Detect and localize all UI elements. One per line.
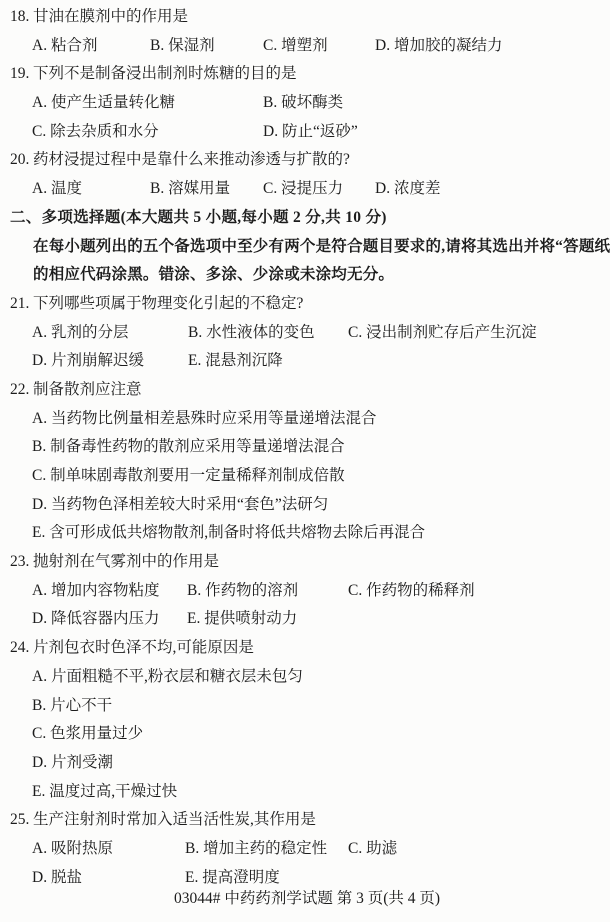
option-row: D. 当药物色泽相差较大时采用“套色”法研匀 <box>10 491 604 520</box>
question-stem: 甘油在膜剂中的作用是 <box>33 8 188 25</box>
question-stem: 片剂包衣时色泽不均,可能原因是 <box>33 639 254 656</box>
question-block: 22.制备散剂应注意A. 当药物比例量相差悬殊时应采用等量递增法混合B. 制备毒… <box>10 376 604 548</box>
question-number: 22. <box>10 376 33 405</box>
question-option: A. 片面粗糙不平,粉衣层和糖衣层未包匀 <box>32 663 303 692</box>
question-stem-line: 20.药材浸提过程中是靠什么来推动渗透与扩散的? <box>10 146 604 175</box>
question-option: C. 色浆用量过少 <box>32 720 143 749</box>
question-number: 18. <box>10 3 33 32</box>
question-number: 20. <box>10 146 33 175</box>
question-number: 24. <box>10 634 33 663</box>
question-option: D. 增加胶的凝结力 <box>375 32 502 61</box>
question-option: B. 保湿剂 <box>150 32 263 61</box>
question-option: D. 防止“返砂” <box>263 118 358 147</box>
question-option: C. 浸提压力 <box>263 175 375 204</box>
question-option: A. 当药物比例量相差悬殊时应采用等量递增法混合 <box>32 405 376 434</box>
question-stem-line: 19.下列不是制备浸出制剂时炼糖的目的是 <box>10 60 604 89</box>
option-row: C. 色浆用量过少 <box>10 720 604 749</box>
question-option: D. 当药物色泽相差较大时采用“套色”法研匀 <box>32 491 328 520</box>
question-stem-line: 25.生产注射剂时常加入适当活性炭,其作用是 <box>10 806 604 835</box>
question-option: C. 作药物的稀释剂 <box>348 577 475 606</box>
question-option: B. 破坏酶类 <box>263 89 343 118</box>
question-stem-line: 22.制备散剂应注意 <box>10 376 604 405</box>
question-number: 25. <box>10 806 33 835</box>
question-stem-line: 23.抛射剂在气雾剂中的作用是 <box>10 548 604 577</box>
question-block: 23.抛射剂在气雾剂中的作用是A. 增加内容物粘度B. 作药物的溶剂C. 作药物… <box>10 548 604 634</box>
questions-part1: 18.甘油在膜剂中的作用是A. 粘合剂B. 保湿剂C. 增塑剂D. 增加胶的凝结… <box>10 3 604 204</box>
question-option: C. 浸出制剂贮存后产生沉淀 <box>348 319 537 348</box>
question-option: C. 除去杂质和水分 <box>32 118 263 147</box>
question-option: D. 浓度差 <box>375 175 440 204</box>
option-row: B. 片心不干 <box>10 692 604 721</box>
question-option: E. 温度过高,干燥过快 <box>32 778 177 807</box>
question-option: A. 乳剂的分层 <box>32 319 188 348</box>
exam-page: 18.甘油在膜剂中的作用是A. 粘合剂B. 保湿剂C. 增塑剂D. 增加胶的凝结… <box>0 0 610 922</box>
question-stem: 制备散剂应注意 <box>33 381 142 398</box>
option-row: B. 制备毒性药物的散剂应采用等量递增法混合 <box>10 433 604 462</box>
question-stem-line: 21.下列哪些项属于物理变化引起的不稳定? <box>10 290 604 319</box>
question-option: C. 增塑剂 <box>263 32 375 61</box>
option-row: A. 片面粗糙不平,粉衣层和糖衣层未包匀 <box>10 663 604 692</box>
question-option: B. 溶媒用量 <box>150 175 263 204</box>
option-row: A. 当药物比例量相差悬殊时应采用等量递增法混合 <box>10 405 604 434</box>
option-row: D. 片剂崩解迟缓E. 混悬剂沉降 <box>10 347 604 376</box>
question-option: A. 温度 <box>32 175 150 204</box>
option-row: A. 使产生适量转化糖B. 破坏酶类 <box>10 89 604 118</box>
question-option: B. 作药物的溶剂 <box>187 577 348 606</box>
question-stem: 生产注射剂时常加入适当活性炭,其作用是 <box>33 811 316 828</box>
question-option: E. 提供喷射动力 <box>187 605 297 634</box>
option-row: C. 制单味剧毒散剂要用一定量稀释剂制成倍散 <box>10 462 604 491</box>
question-stem: 下列不是制备浸出制剂时炼糖的目的是 <box>33 65 297 82</box>
option-row: E. 温度过高,干燥过快 <box>10 778 604 807</box>
section-title: 二、多项选择题(本大题共 5 小题,每小题 2 分,共 10 分) <box>10 204 604 233</box>
question-number: 19. <box>10 60 33 89</box>
question-stem: 下列哪些项属于物理变化引起的不稳定? <box>33 295 303 312</box>
question-option: B. 增加主药的稳定性 <box>185 835 348 864</box>
question-block: 24.片剂包衣时色泽不均,可能原因是A. 片面粗糙不平,粉衣层和糖衣层未包匀B.… <box>10 634 604 806</box>
question-option: B. 制备毒性药物的散剂应采用等量递增法混合 <box>32 433 345 462</box>
option-row: A. 温度B. 溶媒用量C. 浸提压力D. 浓度差 <box>10 175 604 204</box>
question-option: D. 降低容器内压力 <box>32 605 187 634</box>
question-option: E. 含可形成低共熔物散剂,制备时将低共熔物去除后再混合 <box>32 519 425 548</box>
option-row: A. 乳剂的分层B. 水性液体的变色C. 浸出制剂贮存后产生沉淀 <box>10 319 604 348</box>
question-option: A. 使产生适量转化糖 <box>32 89 263 118</box>
question-option: D. 片剂崩解迟缓 <box>32 347 188 376</box>
question-number: 23. <box>10 548 33 577</box>
question-option: A. 增加内容物粘度 <box>32 577 187 606</box>
question-stem: 抛射剂在气雾剂中的作用是 <box>33 553 219 570</box>
option-row: A. 吸附热原B. 增加主药的稳定性C. 助滤 <box>10 835 604 864</box>
question-stem: 药材浸提过程中是靠什么来推动渗透与扩散的? <box>33 151 350 168</box>
option-row: D. 降低容器内压力E. 提供喷射动力 <box>10 605 604 634</box>
question-block: 25.生产注射剂时常加入适当活性炭,其作用是A. 吸附热原B. 增加主药的稳定性… <box>10 806 604 892</box>
question-option: E. 混悬剂沉降 <box>188 347 283 376</box>
option-row: A. 粘合剂B. 保湿剂C. 增塑剂D. 增加胶的凝结力 <box>10 32 604 61</box>
question-block: 18.甘油在膜剂中的作用是A. 粘合剂B. 保湿剂C. 增塑剂D. 增加胶的凝结… <box>10 3 604 60</box>
question-option: B. 水性液体的变色 <box>188 319 348 348</box>
question-option: D. 脱盐 <box>32 864 185 893</box>
questions-part2: 21.下列哪些项属于物理变化引起的不稳定?A. 乳剂的分层B. 水性液体的变色C… <box>10 290 604 892</box>
question-option: B. 片心不干 <box>32 692 112 721</box>
section-instruction-line-2: 的相应代码涂黑。错涂、多涂、少涂或未涂均无分。 <box>10 261 604 290</box>
section-instruction-line-1: 在每小题列出的五个备选项中至少有两个是符合题目要求的,请将其选出并将“答题纸” <box>10 233 604 262</box>
question-option: A. 粘合剂 <box>32 32 150 61</box>
question-option: C. 助滤 <box>348 835 397 864</box>
option-row: C. 除去杂质和水分D. 防止“返砂” <box>10 118 604 147</box>
question-block: 20.药材浸提过程中是靠什么来推动渗透与扩散的?A. 温度B. 溶媒用量C. 浸… <box>10 146 604 203</box>
question-option: D. 片剂受潮 <box>32 749 113 778</box>
option-row: D. 片剂受潮 <box>10 749 604 778</box>
question-number: 21. <box>10 290 33 319</box>
question-block: 19.下列不是制备浸出制剂时炼糖的目的是A. 使产生适量转化糖B. 破坏酶类C.… <box>10 60 604 146</box>
question-option: C. 制单味剧毒散剂要用一定量稀释剂制成倍散 <box>32 462 345 491</box>
option-row: A. 增加内容物粘度B. 作药物的溶剂C. 作药物的稀释剂 <box>10 577 604 606</box>
question-stem-line: 24.片剂包衣时色泽不均,可能原因是 <box>10 634 604 663</box>
question-stem-line: 18.甘油在膜剂中的作用是 <box>10 3 604 32</box>
question-option: A. 吸附热原 <box>32 835 185 864</box>
question-block: 21.下列哪些项属于物理变化引起的不稳定?A. 乳剂的分层B. 水性液体的变色C… <box>10 290 604 376</box>
option-row: E. 含可形成低共熔物散剂,制备时将低共熔物去除后再混合 <box>10 519 604 548</box>
